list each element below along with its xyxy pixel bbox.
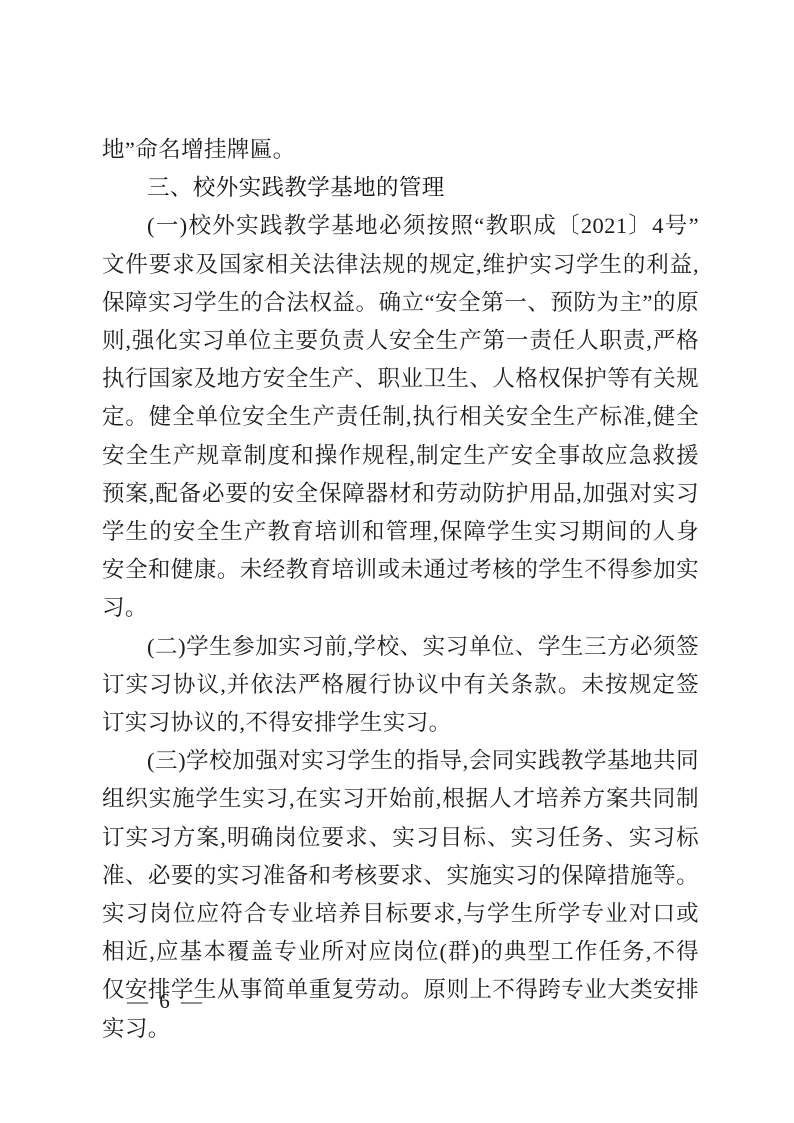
paragraph-item-1: (一)校外实践教学基地必须按照“教职成〔2021〕4号”文件要求及国家相关法律法… [102,207,699,627]
document-page: 地”命名增挂牌匾。 三、校外实践教学基地的管理 (一)校外实践教学基地必须按照“… [0,0,794,1123]
page-number: — 6 — [127,986,205,1016]
document-body: 地”命名增挂牌匾。 三、校外实践教学基地的管理 (一)校外实践教学基地必须按照“… [102,131,699,1048]
section-heading: 三、校外实践教学基地的管理 [102,169,699,207]
paragraph-continuation: 地”命名增挂牌匾。 [102,131,699,169]
paragraph-item-2: (二)学生参加实习前,学校、实习单位、学生三方必须签订实习协议,并依法严格履行协… [102,628,699,743]
